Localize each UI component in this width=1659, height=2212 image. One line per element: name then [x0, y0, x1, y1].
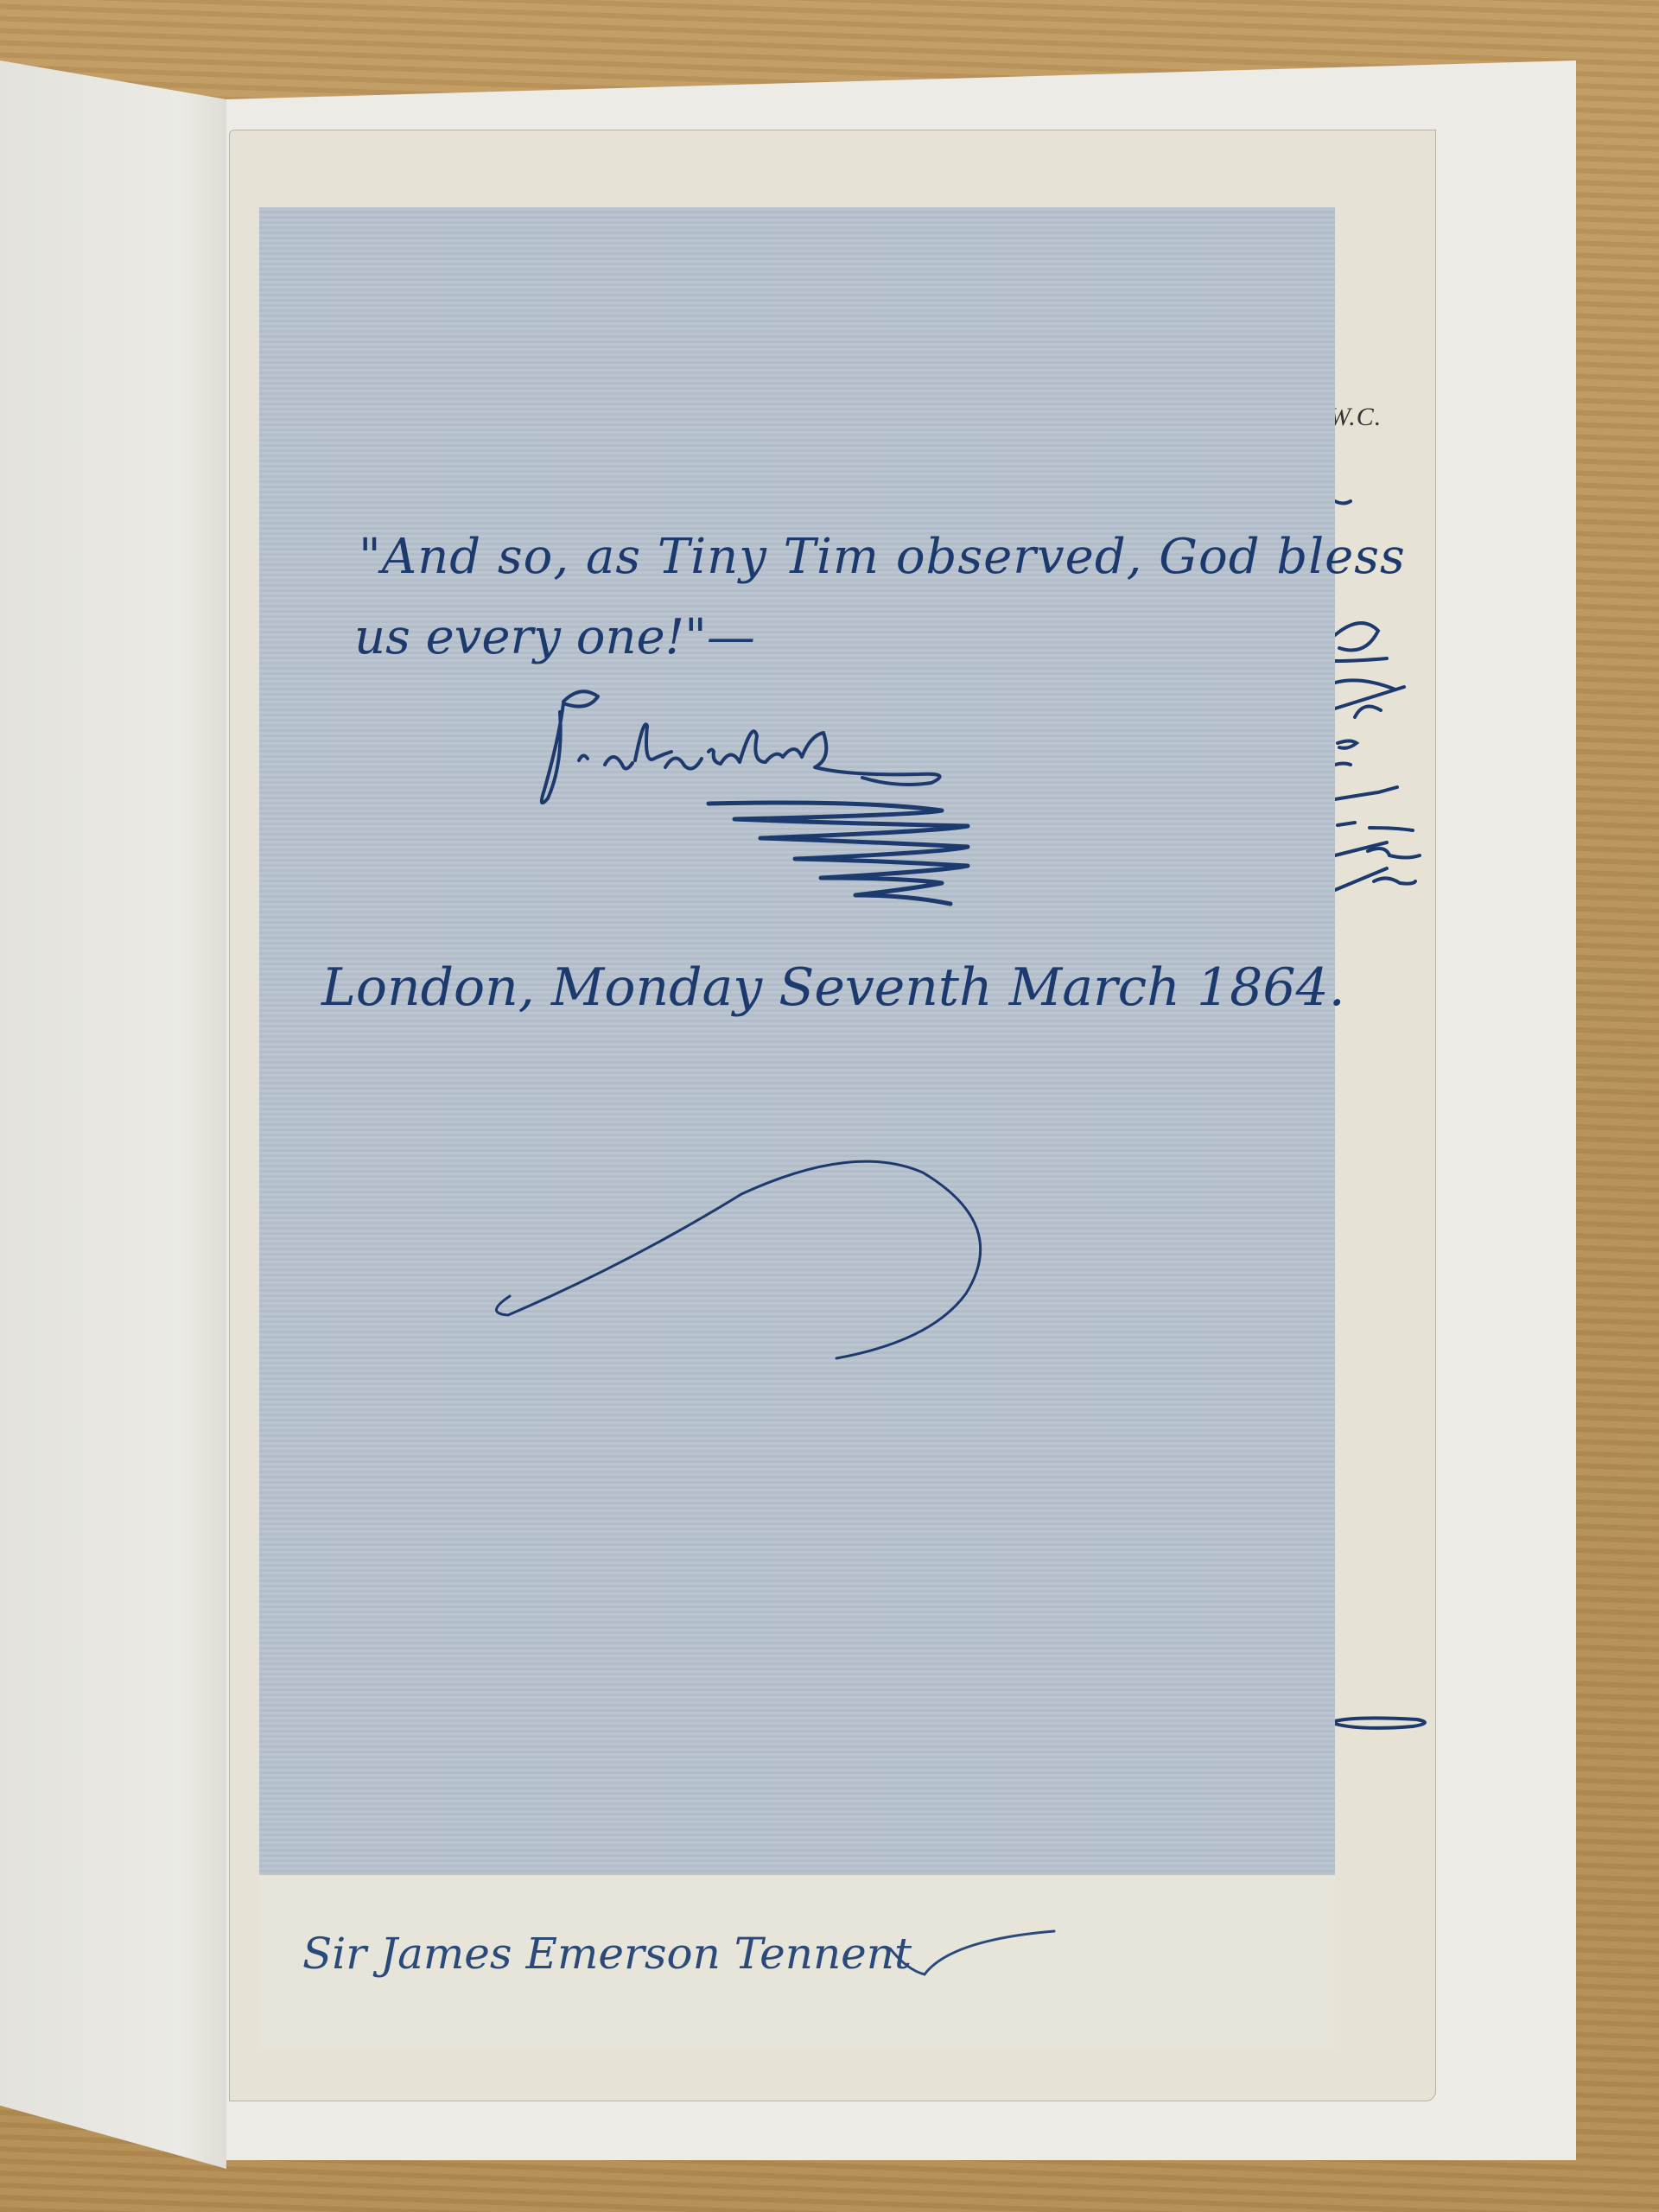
addressee-tick-mark: [0, 0, 1659, 2212]
